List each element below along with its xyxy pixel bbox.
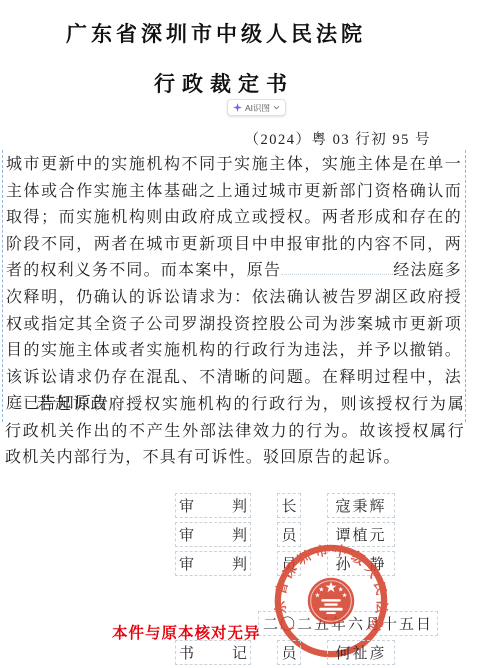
clerk-row: 书记 员 何祉彦 bbox=[175, 640, 395, 665]
ruling-paragraph-1: 城市更新中的实施机构不同于实施主体，实施主体是在单一主体或合作实施主体基础之上通… bbox=[6, 152, 462, 418]
judge-role-suffix-box[interactable]: 员 bbox=[277, 522, 301, 547]
chevron-down-icon bbox=[273, 105, 280, 110]
judge-role-suffix-box[interactable]: 员 bbox=[277, 551, 301, 576]
clerk-name-box[interactable]: 何祉彦 bbox=[327, 640, 395, 665]
ruling-date-box[interactable]: 二〇二五年六月十五日 bbox=[258, 611, 438, 636]
sparkle-icon bbox=[233, 103, 242, 112]
paragraph-1-text-before: 城市更新中的实施机构不同于实施主体，实施主体是在单一主体或合作实施主体基础之上通… bbox=[6, 156, 462, 279]
redacted-plaintiff-name bbox=[281, 262, 393, 275]
judge-name-box[interactable]: 谭植元 bbox=[327, 522, 395, 547]
ocr-text-region[interactable]: 城市更新中的实施机构不同于实施主体，实施主体是在单一主体或合作实施主体基础之上通… bbox=[2, 150, 466, 422]
judge-role-box[interactable]: 审判 bbox=[175, 493, 251, 518]
ruling-document-page: 广东省深圳市中级人民法院 行政裁定书 AI识图 （2024）粤 03 行初 95… bbox=[0, 0, 479, 668]
role-char: 审 bbox=[179, 495, 194, 516]
ai-badge-label: AI识图 bbox=[245, 102, 270, 114]
judge-row: 审判 员 孙 静 bbox=[175, 551, 395, 576]
judge-role-box[interactable]: 审判 bbox=[175, 551, 251, 576]
judge-name-box[interactable]: 寇秉辉 bbox=[327, 493, 395, 518]
judge-name-box[interactable]: 孙 静 bbox=[327, 551, 395, 576]
role-char: 书 bbox=[179, 642, 194, 663]
case-number: （2024）粤 03 行初 95 号 bbox=[245, 128, 432, 149]
judge-role-box[interactable]: 审判 bbox=[175, 522, 251, 547]
judge-row: 审判 员 谭植元 bbox=[175, 522, 395, 547]
role-char: 记 bbox=[232, 642, 247, 663]
role-char: 审 bbox=[179, 524, 194, 545]
clerk-role-suffix-box[interactable]: 员 bbox=[277, 640, 301, 665]
role-char: 判 bbox=[232, 495, 247, 516]
judge-row: 审判 长 寇秉辉 bbox=[175, 493, 395, 518]
signature-block: 审判 长 寇秉辉 审判 员 谭植元 审判 员 孙 静 bbox=[175, 493, 395, 580]
document-type-title: 行政裁定书 bbox=[0, 68, 448, 98]
role-char: 判 bbox=[232, 524, 247, 545]
court-name-heading: 广东省深圳市中级人民法院 bbox=[0, 18, 432, 48]
role-char: 审 bbox=[179, 553, 194, 574]
role-char: 判 bbox=[232, 553, 247, 574]
clerk-role-box[interactable]: 书记 bbox=[175, 640, 251, 665]
ruling-paragraph-2: 若起诉政府授权实施机构的行政行为，则该授权行为属行政机关作出的不产生外部法律效力… bbox=[5, 392, 465, 472]
paragraph-1-text-after: 经法庭多次释明，仍确认的诉讼请求为：依法确认被告罗湖区政府授权或指定其全资子公司… bbox=[6, 262, 462, 412]
ai-image-recognition-button[interactable]: AI识图 bbox=[227, 99, 286, 116]
judge-role-suffix-box[interactable]: 长 bbox=[277, 493, 301, 518]
